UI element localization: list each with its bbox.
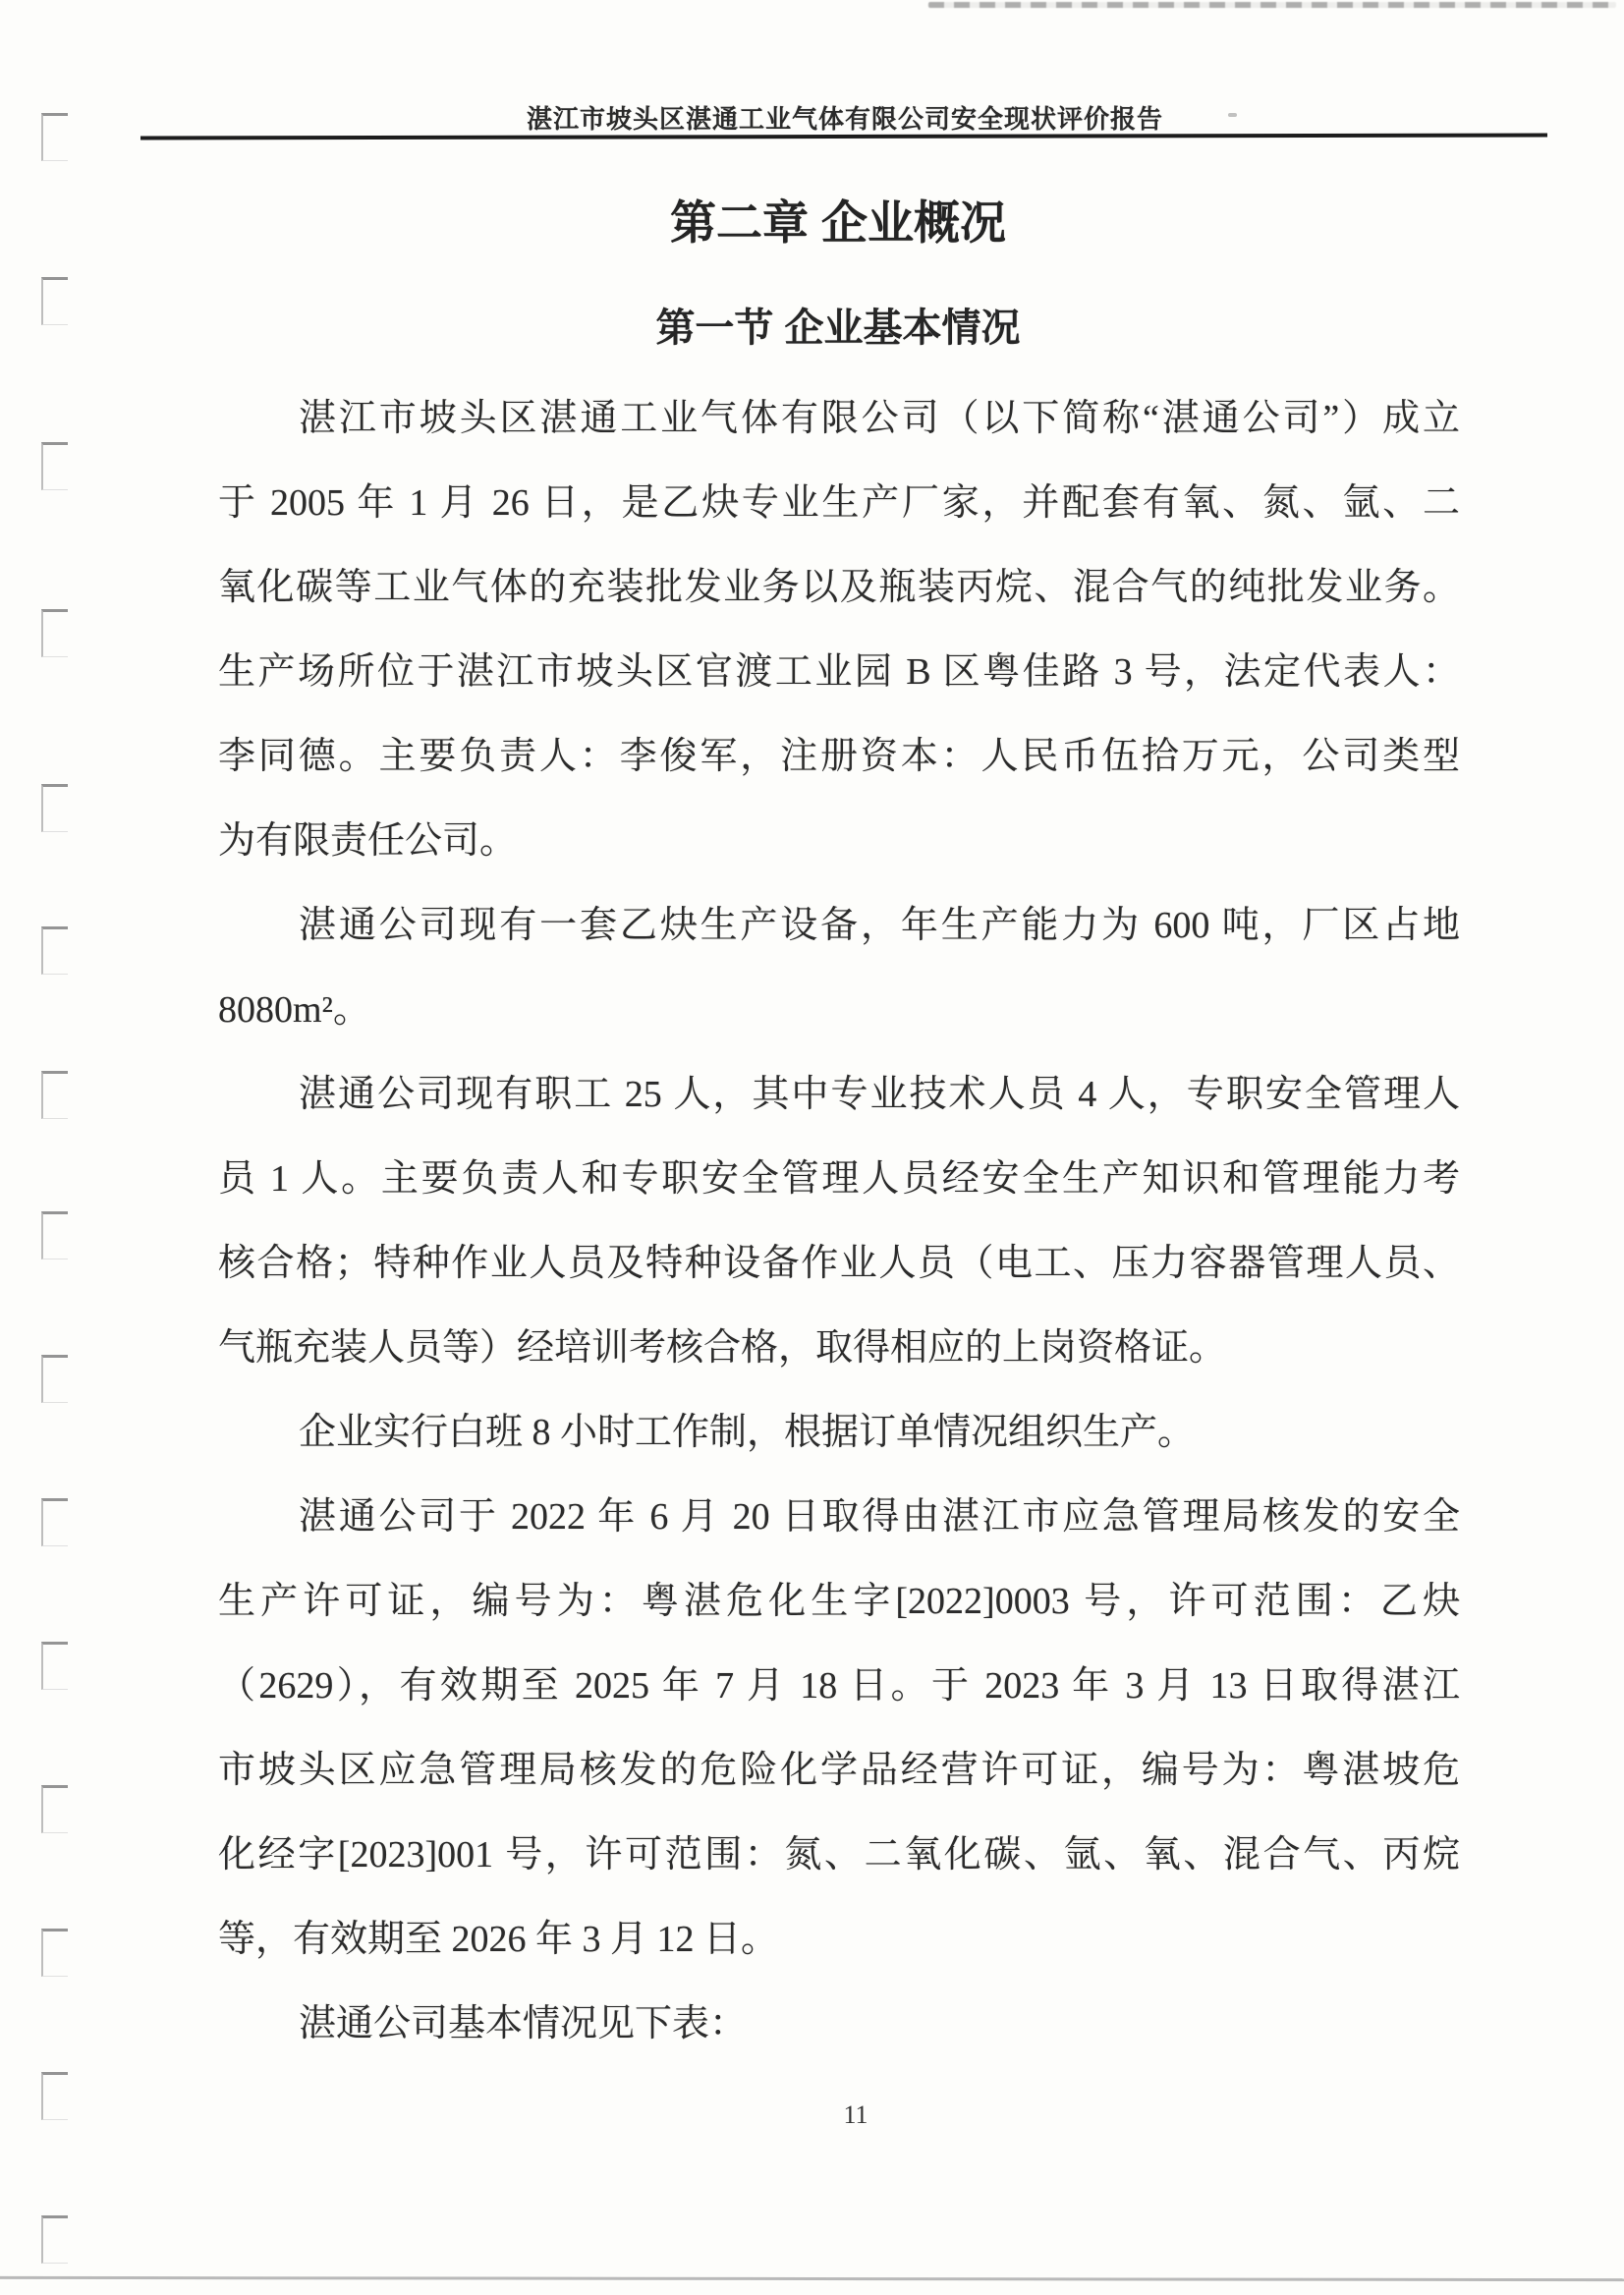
body-line: 为有限责任公司。: [218, 799, 1460, 883]
body-line: 员 1 人。主要负责人和专职安全管理人员经安全生产知识和管理能力考: [218, 1137, 1460, 1221]
body-text: 湛江市坡头区湛通工业气体有限公司（以下简称“湛通公司”）成立于 2005 年 1…: [218, 376, 1460, 2066]
body-line: （2629），有效期至 2025 年 7 月 18 日。于 2023 年 3 月…: [218, 1644, 1460, 1728]
body-line: 气瓶充装人员等）经培训考核合格，取得相应的上岗资格证。: [218, 1306, 1460, 1390]
binder-mark-artifact: [41, 2215, 68, 2264]
body-line: 化经字[2023]001 号，许可范围：氮、二氧化碳、氩、氧、混合气、丙烷: [218, 1813, 1460, 1897]
binder-mark-artifact: [41, 609, 68, 657]
body-line: 生产许可证，编号为：粤湛危化生字[2022]0003 号，许可范围：乙炔: [218, 1559, 1460, 1644]
running-header-text: 湛江市坡头区湛通工业气体有限公司安全现状评价报告: [226, 99, 1464, 136]
binder-mark-artifact: [41, 784, 68, 832]
binder-mark-artifact: [41, 1498, 68, 1546]
body-line: 企业实行白班 8 小时工作制，根据订单情况组织生产。: [218, 1390, 1460, 1475]
body-line: 湛通公司现有一套乙炔生产设备，年生产能力为 600 吨，厂区占地: [218, 883, 1460, 968]
body-line: 湛通公司基本情况见下表：: [218, 1982, 1460, 2066]
scan-smudge-artifact: [928, 2, 1616, 8]
body-line: 湛江市坡头区湛通工业气体有限公司（以下简称“湛通公司”）成立: [218, 376, 1460, 461]
body-line: 湛通公司现有职工 25 人，其中专业技术人员 4 人，专职安全管理人: [218, 1052, 1460, 1137]
body-line: 生产场所位于湛江市坡头区官渡工业园 B 区粤佳路 3 号，法定代表人：: [218, 630, 1460, 714]
body-line: 市坡头区应急管理局核发的危险化学品经营许可证，编号为：粤湛坡危: [218, 1728, 1460, 1813]
binder-mark-artifact: [41, 1071, 68, 1119]
binder-mark-artifact: [41, 1929, 68, 1977]
body-line: 于 2005 年 1 月 26 日，是乙炔专业生产厂家，并配套有氧、氮、氩、二: [218, 461, 1460, 545]
body-line: 李同德。主要负责人：李俊军，注册资本：人民币伍拾万元，公司类型: [218, 714, 1460, 799]
body-line: 核合格；特种作业人员及特种设备作业人员（电工、压力容器管理人员、: [218, 1221, 1460, 1306]
binder-mark-artifact: [41, 277, 68, 325]
body-line: 湛通公司于 2022 年 6 月 20 日取得由湛江市应急管理局核发的安全: [218, 1475, 1460, 1559]
binder-mark-artifact: [41, 2072, 68, 2120]
section-title: 第一节 企业基本情况: [218, 307, 1458, 350]
page-bottom-edge-artifact: [0, 2276, 1624, 2281]
body-line: 等，有效期至 2026 年 3 月 12 日。: [218, 1897, 1460, 1982]
body-line: 8080m²。: [218, 968, 1460, 1052]
binder-mark-artifact: [41, 113, 68, 161]
body-line: 氧化碳等工业气体的充装批发业务以及瓶装丙烷、混合气的纯批发业务。: [218, 545, 1460, 630]
binder-mark-artifact: [41, 1211, 68, 1259]
binder-mark-artifact: [41, 1785, 68, 1833]
binder-mark-artifact: [41, 1642, 68, 1690]
binder-mark-artifact: [41, 926, 68, 975]
binder-mark-artifact: [41, 442, 68, 490]
scanned-report-page: 湛江市坡头区湛通工业气体有限公司安全现状评价报告 第二章 企业概况 第一节 企业…: [0, 0, 1624, 2295]
chapter-title: 第二章 企业概况: [218, 197, 1458, 249]
binder-mark-artifact: [41, 1355, 68, 1403]
page-number: 11: [0, 2100, 1624, 2130]
